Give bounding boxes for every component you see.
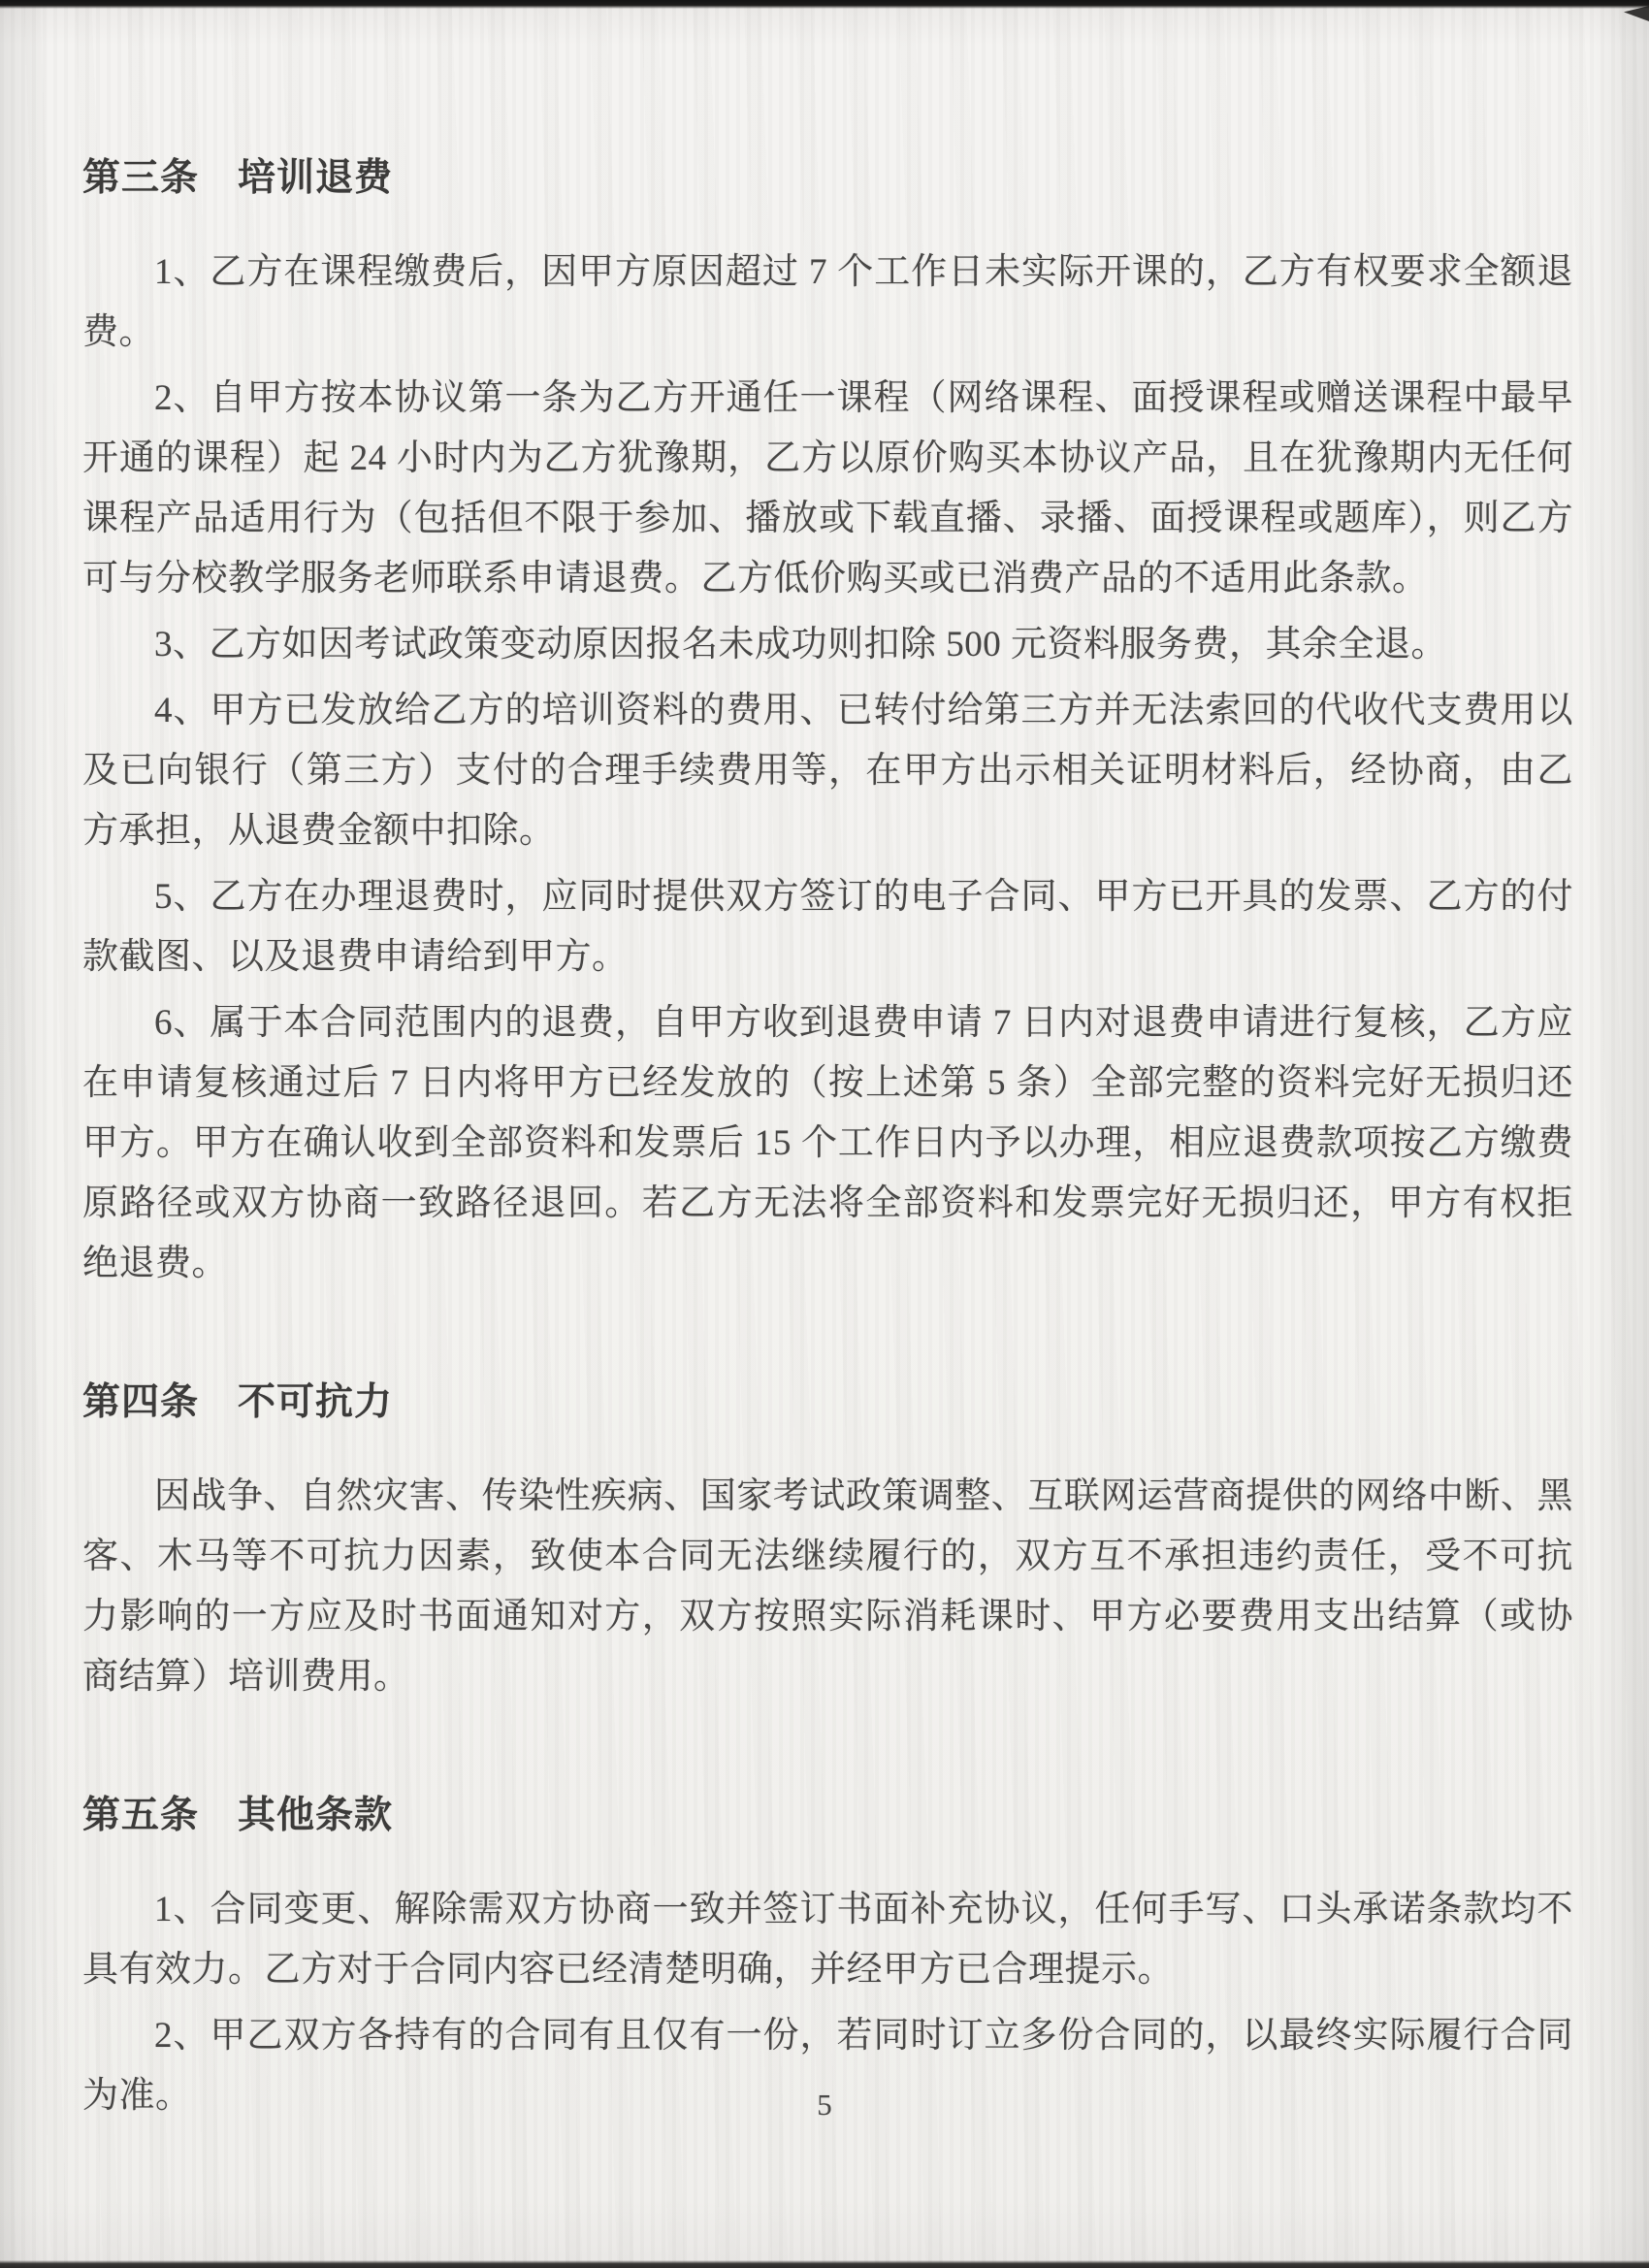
article-3-clause-4: 4、甲方已发放给乙方的培训资料的费用、已转付给第三方并无法索回的代收代支费用以及…	[82, 681, 1573, 861]
article-5-heading: 第五条 其他条款	[82, 1793, 1573, 1839]
scan-edge-top	[0, 0, 1649, 9]
section-article-4-force-majeure: 第四条 不可抗力 因战争、自然灾害、传染性疾病、国家考试政策调整、互联网运营商提…	[82, 1379, 1573, 1707]
article-4-clause-1: 因战争、自然灾害、传染性疾病、国家考试政策调整、互联网运营商提供的网络中断、黑客…	[82, 1467, 1573, 1707]
article-3-clause-6: 6、属于本合同范围内的退费，自甲方收到退费申请 7 日内对退费申请进行复核，乙方…	[82, 993, 1573, 1294]
section-article-5-other-terms: 第五条 其他条款 1、合同变更、解除需双方协商一致并签订书面补充协议，任何手写、…	[82, 1793, 1573, 2126]
scan-edge-bottom	[0, 2260, 1649, 2268]
article-4-heading: 第四条 不可抗力	[82, 1379, 1573, 1426]
article-3-heading: 第三条 培训退费	[82, 155, 1573, 202]
scanned-contract-page: 第三条 培训退费 1、乙方在课程缴费后，因甲方原因超过 7 个工作日未实际开课的…	[0, 0, 1649, 2268]
article-3-clause-2: 2、自甲方按本协议第一条为乙方开通任一课程（网络课程、面授课程或赠送课程中最早开…	[82, 369, 1573, 609]
article-3-clause-3: 3、乙方如因考试政策变动原因报名未成功则扣除 500 元资料服务费，其余全退。	[82, 615, 1573, 675]
article-3-clause-1: 1、乙方在课程缴费后，因甲方原因超过 7 个工作日未实际开课的，乙方有权要求全额…	[82, 243, 1573, 363]
article-5-clause-1: 1、合同变更、解除需双方协商一致并签订书面补充协议，任何手写、口头承诺条款均不具…	[82, 1880, 1573, 2000]
page-number: 5	[0, 2088, 1649, 2122]
section-article-3-training-refund: 第三条 培训退费 1、乙方在课程缴费后，因甲方原因超过 7 个工作日未实际开课的…	[82, 155, 1573, 1294]
contract-body: 第三条 培训退费 1、乙方在课程缴费后，因甲方原因超过 7 个工作日未实际开课的…	[82, 155, 1573, 2132]
article-3-clause-5: 5、乙方在办理退费时，应同时提供双方签订的电子合同、甲方已开具的发票、乙方的付款…	[82, 867, 1573, 988]
